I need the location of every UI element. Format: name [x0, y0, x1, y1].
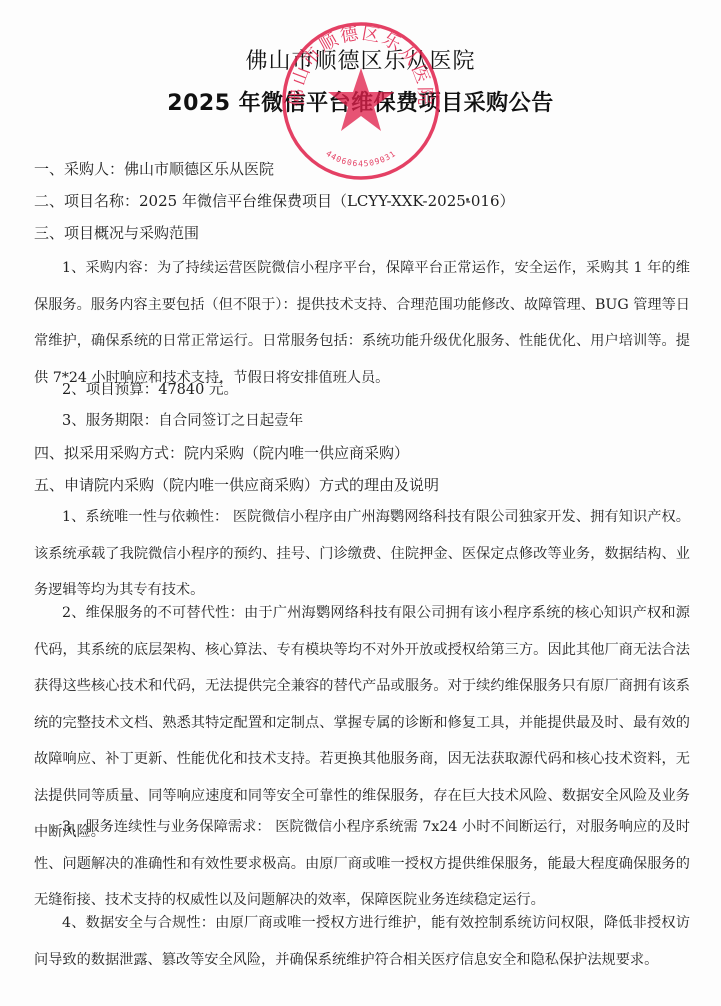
overview-item-content: 1、采购内容：为了持续运营医院微信小程序平台，保障平台正常运作，安全运作，采购其… — [34, 250, 690, 396]
reason-item-uniqueness: 1、系统唯一性与依赖性： 医院微信小程序由广州海鹦网络科技有限公司独家开发、拥有… — [34, 499, 690, 609]
section-project-name: 二、项目名称：2025 年微信平台维保费项目（LCYY-XXK-2025-016… — [34, 190, 515, 211]
section-reasons-heading: 五、申请院内采购（院内唯一供应商采购）方式的理由及说明 — [34, 474, 439, 495]
overview-item-period: 3、服务期限：自合同签订之日起壹年 — [62, 409, 303, 430]
svg-text:4406064509031: 4406064509031 — [324, 149, 397, 168]
overview-item-budget: 2、项目预算：47840 元。 — [62, 378, 238, 399]
stray-dot — [466, 198, 469, 201]
reason-item-data-security: 4、数据安全与合规性：由原厂商或唯一授权方进行维护，能有效控制系统访问权限，降低… — [34, 905, 690, 978]
section-procurement-method: 四、拟采用采购方式：院内采购（院内唯一供应商采购） — [34, 442, 409, 463]
section-purchaser: 一、采购人：佛山市顺德区乐从医院 — [34, 158, 274, 179]
document-title-hospital: 佛山市顺德区乐从医院 — [0, 44, 721, 75]
section-overview-heading: 三、项目概况与采购范围 — [34, 222, 199, 243]
reason-item-continuity: 3、服务连续性与业务保障需求： 医院微信小程序系统需 7x24 小时不间断运行，… — [34, 809, 690, 919]
document-title-announcement: 2025 年微信平台维保费项目采购公告 — [0, 86, 721, 117]
document-page: 佛山市顺德区乐从医院 2025 年微信平台维保费项目采购公告 一、采购人：佛山市… — [0, 0, 721, 1006]
